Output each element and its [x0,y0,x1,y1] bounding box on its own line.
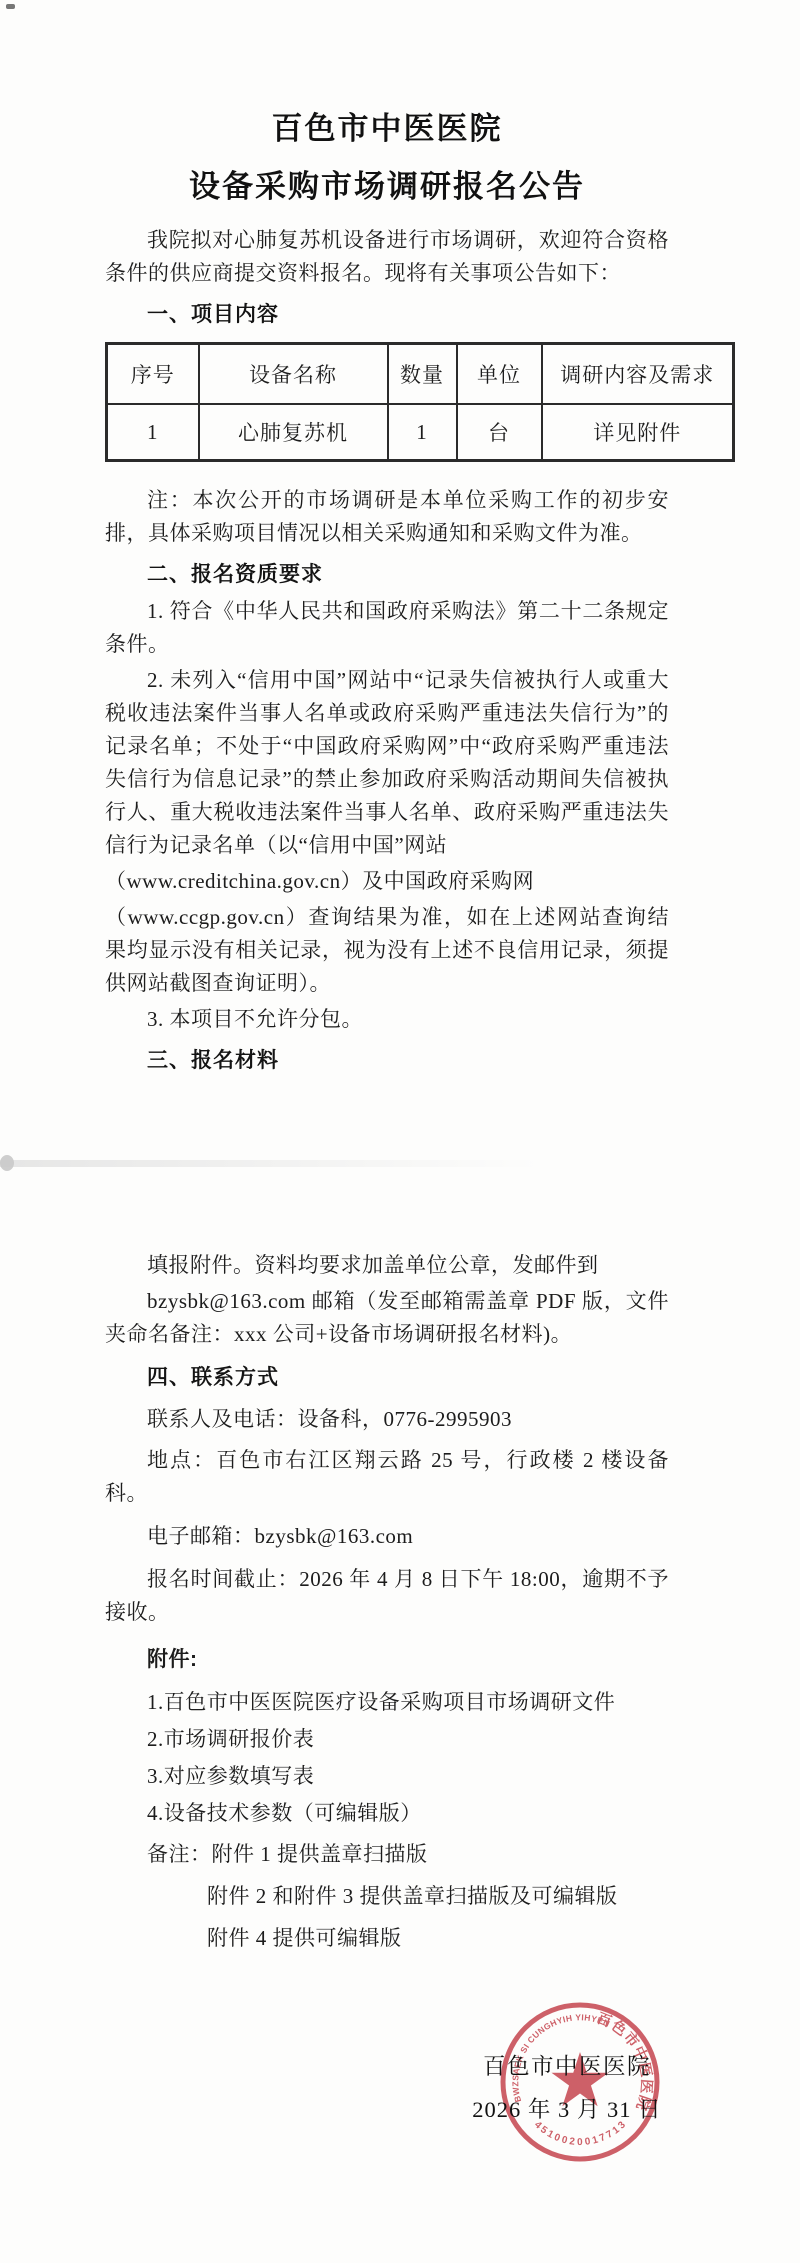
section2-heading: 二、报名资质要求 [105,558,669,592]
blank-gap [105,1078,669,1246]
cell-name: 心肺复苏机 [199,404,388,461]
attachments-label: 附件: [105,1643,669,1676]
attachment-item-4: 4.设备技术参数（可编辑版） [105,1797,669,1830]
cell-unit: 台 [457,404,542,461]
table-note: 注：本次公开的市场调研是本单位采购工作的初步安排，具体采购项目情况以相关采购通知… [105,484,669,550]
col-header-qty: 数量 [388,344,457,405]
section1-heading: 一、项目内容 [105,298,669,332]
document-title-subject: 设备采购市场调研报名公告 [105,166,669,208]
equipment-table: 序号 设备名称 数量 单位 调研内容及需求 1 心肺复苏机 1 台 详见附件 [105,342,735,462]
col-header-research: 调研内容及需求 [542,344,734,405]
qualification-item-2: 2. 未列入“信用中国”网站中“记录失信被执行人或重大税收违法案件当事人名单或政… [105,664,669,862]
deadline-line: 报名时间截止：2026 年 4 月 8 日下午 18:00，逾期不予接收。 [105,1563,669,1629]
signoff-date: 2026 年 3 月 31 日 [437,2093,697,2126]
table-row: 1 心肺复苏机 1 台 详见附件 [107,404,734,461]
scan-artifact-speck [6,4,15,9]
document-title-org: 百色市中医医院 [105,0,669,150]
email-line: 电子邮箱：bzysbk@163.com [105,1520,669,1553]
signoff-block: 百色市中医医院 2026 年 3 月 31 日 [437,2050,697,2126]
attachment-item-3: 3.对应参数填写表 [105,1760,669,1793]
remark-line-3: 附件 4 提供可编辑版 [105,1922,669,1955]
table-header-row: 序号 设备名称 数量 单位 调研内容及需求 [107,344,734,405]
remark-line-2: 附件 2 和附件 3 提供盖章扫描版及可编辑版 [105,1880,669,1913]
attachment-item-2: 2.市场调研报价表 [105,1723,669,1756]
section3-heading: 三、报名材料 [105,1044,669,1078]
qualification-item-2-url-line: （www.creditchina.gov.cn）及中国政府采购网 [105,865,669,898]
materials-paragraph-2: bzysbk@163.com 邮箱（发至邮箱需盖章 PDF 版，文件夹命名备注：… [105,1285,669,1351]
cell-research: 详见附件 [542,404,734,461]
cell-qty: 1 [388,404,457,461]
qualification-item-1: 1. 符合《中华人民共和国政府采购法》第二十二条规定条件。 [105,595,669,661]
scanned-document-page: 百色市中医医院 设备采购市场调研报名公告 我院拟对心肺复苏机设备进行市场调研，欢… [0,0,800,2263]
attachment-item-1: 1.百色市中医医院医疗设备采购项目市场调研文件 [105,1686,669,1719]
intro-paragraph: 我院拟对心肺复苏机设备进行市场调研，欢迎符合资格条件的供应商提交资料报名。现将有… [105,224,669,290]
document-content: 百色市中医医院 设备采购市场调研报名公告 我院拟对心肺复苏机设备进行市场调研，欢… [105,0,669,1955]
qualification-item-2-continued: （www.ccgp.gov.cn）查询结果为准，如在上述网站查询结果均显示没有相… [105,901,669,1000]
cell-seq: 1 [107,404,199,461]
signoff-org: 百色市中医医院 [437,2050,697,2083]
qualification-item-3: 3. 本项目不允许分包。 [105,1003,669,1036]
remark-line-1: 备注：附件 1 提供盖章扫描版 [105,1838,669,1871]
col-header-seq: 序号 [107,344,199,405]
address-line: 地点：百色市右江区翔云路 25 号，行政楼 2 楼设备科。 [105,1444,669,1510]
col-header-name: 设备名称 [199,344,388,405]
materials-paragraph-1: 填报附件。资料均要求加盖单位公章，发邮件到 [105,1249,669,1282]
col-header-unit: 单位 [457,344,542,405]
section4-heading: 四、联系方式 [105,1361,669,1395]
contact-line: 联系人及电话：设备科，0776-2995903 [105,1403,669,1436]
